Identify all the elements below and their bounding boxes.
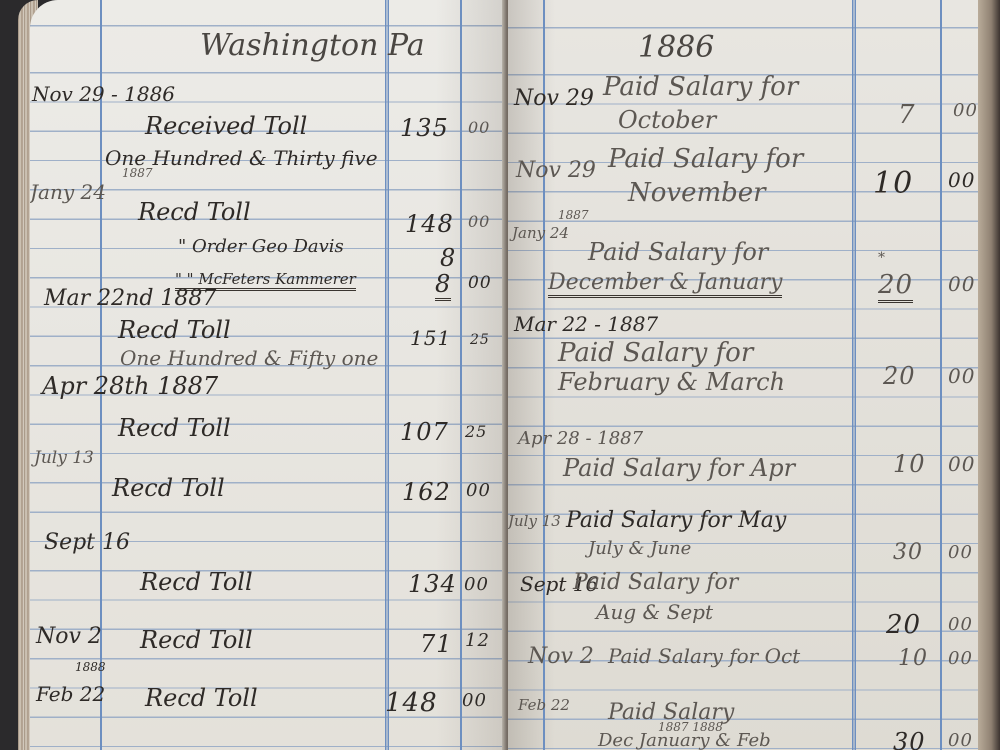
entry-description-line2: Dec January & Feb	[598, 730, 771, 750]
entry-year: 1888	[75, 660, 106, 674]
entry-amount-dollars: 30	[893, 540, 923, 565]
entry-date: Nov 2	[528, 644, 594, 669]
right-page: 1886 Nov 29 Paid Salary for October 7 00…	[508, 0, 978, 750]
entry-date: Nov 29 - 1886	[32, 82, 175, 106]
entry-amount-dollars: 71	[420, 630, 453, 658]
entry-amount-dollars: 20	[883, 362, 916, 390]
entry-amount-cents: 00	[948, 272, 975, 296]
entry-description: Recd Toll	[140, 568, 253, 596]
entry-date: Sept 16	[44, 530, 130, 555]
entry-description: Recd Toll	[140, 626, 253, 654]
entry-amount-cents: 00	[948, 648, 973, 669]
cents-rule	[940, 0, 942, 750]
entry-amount-cents: 00	[468, 273, 492, 293]
entry-mark: *	[878, 250, 885, 266]
entry-amount-dollars: 20	[886, 610, 921, 640]
entry-date: Mar 22nd 1887	[44, 286, 216, 311]
entry-description-line2: Aug & Sept	[596, 600, 713, 624]
entry-amount-cents: 00	[464, 574, 489, 595]
entry-amount-dollars: 162	[402, 478, 451, 506]
entry-amount-cents: 00	[948, 452, 975, 476]
entry-amount-dollars: 8	[435, 270, 451, 301]
entry-amount-dollars: 30	[893, 728, 926, 750]
entry-description: Recd Toll	[118, 316, 231, 344]
entry-description: Paid Salary for	[608, 144, 803, 174]
entry-description-line2: December & January	[548, 270, 782, 298]
ledger-notebook: Washington Pa Nov 29 - 1886 Received Tol…	[0, 0, 1000, 750]
entry-amount-cents: 25	[470, 332, 490, 348]
entry-amount-dollars: 10	[873, 166, 913, 201]
page-heading: 1886	[638, 30, 714, 65]
margin-rule	[543, 0, 545, 750]
entry-amount-dollars: 20	[878, 270, 913, 303]
entry-description: Paid Salary for May	[566, 508, 786, 533]
entry-year: 1887	[122, 166, 153, 180]
entry-amount-cents: 00	[468, 118, 490, 137]
entry-amount-cents: 00	[948, 730, 973, 750]
entry-amount-cents: 00	[462, 690, 487, 711]
entry-description: Recd Toll	[112, 474, 225, 502]
entry-date: Nov 29	[516, 158, 596, 183]
entry-amount-dollars: 148	[385, 688, 438, 718]
entry-amount-dollars: 10	[898, 646, 928, 671]
entry-description-line2: July & June	[588, 538, 691, 559]
entry-description: Paid Salary for	[558, 338, 753, 368]
entry-amount-cents: 25	[465, 422, 487, 441]
entry-description: Recd Toll	[118, 414, 231, 442]
entry-description: Paid Salary for Oct	[608, 644, 800, 668]
entry-date: Nov 29	[514, 86, 594, 111]
entry-date: Apr 28 - 1887	[518, 428, 643, 449]
entry-amount-dollars: 151	[410, 326, 451, 350]
entry-date: July 13	[508, 512, 561, 530]
left-page: Washington Pa Nov 29 - 1886 Received Tol…	[30, 0, 508, 750]
entry-amount-cents: 00	[468, 212, 490, 231]
entry-date: Nov 2	[36, 624, 102, 649]
entry-description: One Hundred & Fifty one	[120, 346, 378, 370]
page-edge-right	[978, 0, 1000, 750]
entry-date: Feb 22	[36, 682, 105, 706]
page-heading: Washington Pa	[200, 28, 425, 63]
entry-amount-dollars: 107	[400, 418, 449, 446]
entry-description-line2: November	[628, 178, 766, 208]
entry-description: Paid Salary for Apr	[563, 454, 795, 482]
entry-amount-cents: 00	[948, 364, 975, 388]
entry-amount-dollars: 134	[408, 570, 457, 598]
entry-description: Received Toll	[145, 112, 307, 140]
entry-date: Apr 28th 1887	[42, 372, 218, 400]
entry-description-line2: October	[618, 106, 716, 134]
entry-amount-dollars: 8	[440, 244, 456, 272]
dollars-rule	[385, 0, 389, 750]
entry-date: Mar 22 - 1887	[514, 312, 658, 336]
entry-amount-dollars: 148	[405, 210, 454, 238]
cents-rule	[460, 0, 462, 750]
entry-amount-dollars: 7	[898, 100, 916, 130]
entry-amount-cents: 00	[948, 542, 973, 563]
entry-description: " Order Geo Davis	[178, 236, 344, 257]
entry-date: July 13	[34, 448, 94, 468]
entry-amount-dollars: 10	[893, 450, 926, 478]
entry-amount-cents: 00	[466, 480, 491, 501]
entry-description-line2: February & March	[558, 368, 785, 396]
entry-amount-dollars: 135	[400, 114, 449, 142]
entry-amount-cents: 00	[948, 168, 975, 192]
entry-description: Paid Salary for	[588, 238, 768, 266]
entry-date: Jany 24	[30, 180, 106, 204]
entry-amount-cents: 00	[953, 100, 978, 121]
entry-description: Recd Toll	[145, 684, 258, 712]
entry-description: Paid Salary for	[603, 72, 798, 102]
entry-amount-cents: 12	[465, 630, 490, 651]
entry-date: Feb 22	[518, 696, 570, 714]
entry-year: 1887	[558, 208, 589, 222]
dollars-rule	[852, 0, 856, 750]
entry-amount-cents: 00	[948, 614, 973, 635]
entry-description: Recd Toll	[138, 198, 251, 226]
entry-description: Paid Salary for	[573, 570, 738, 595]
entry-date: Jany 24	[512, 224, 569, 242]
